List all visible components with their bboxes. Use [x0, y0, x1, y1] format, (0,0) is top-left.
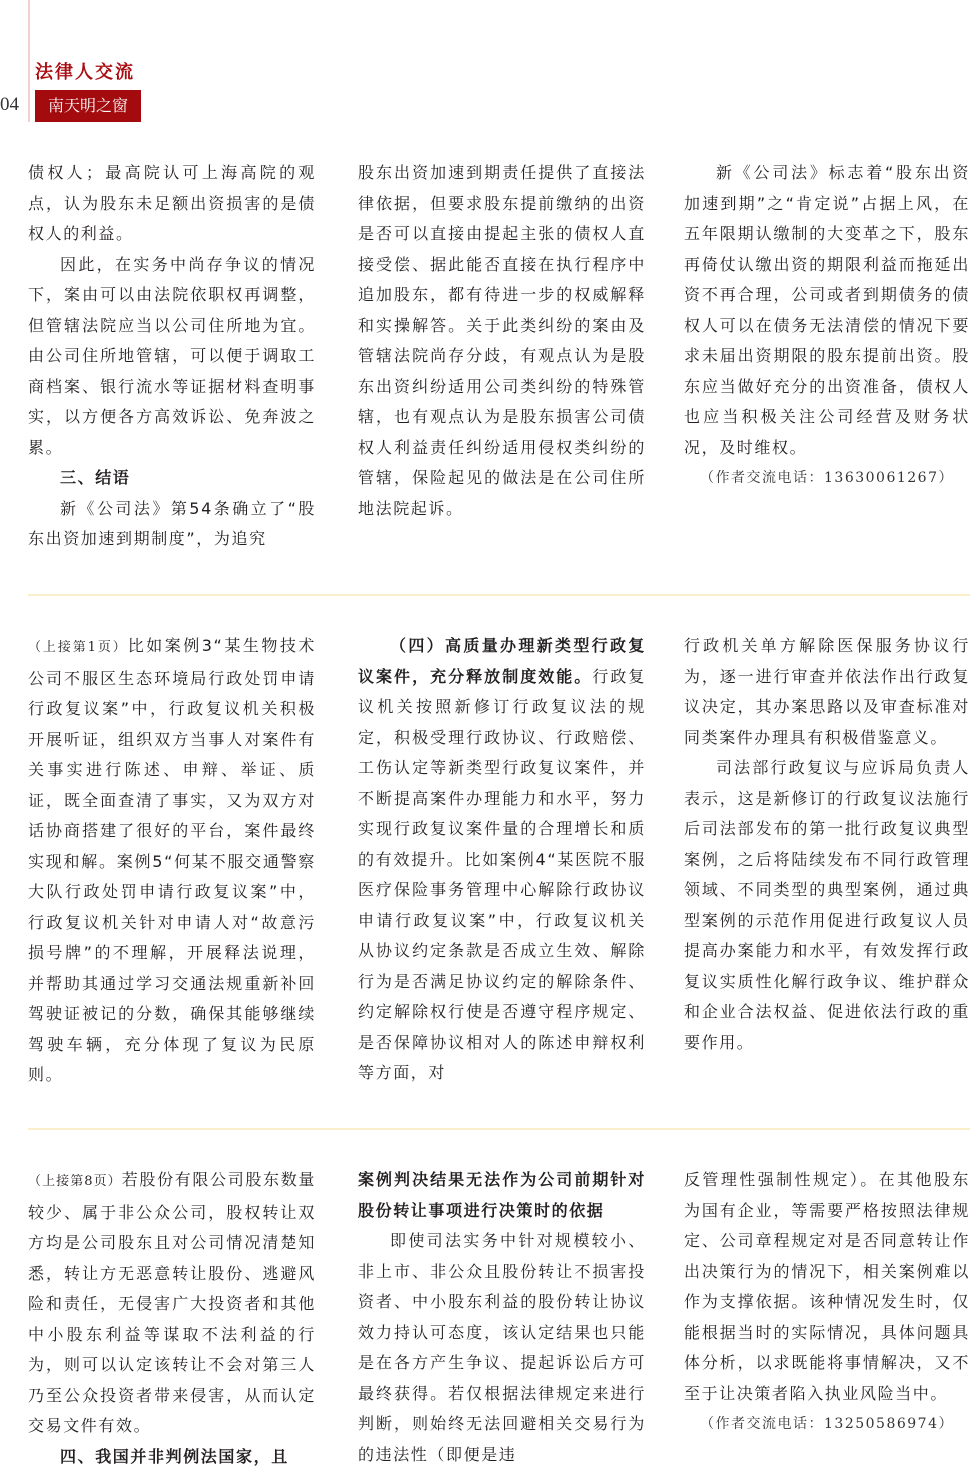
- paragraph: 新《公司法》第54条确立了“股东出资加速到期制度”，为追究: [28, 494, 316, 555]
- article-1-column-2: 股东出资加速到期责任提供了直接法律依据，但要求股东提前缴纳的出资是否可以直接由提…: [358, 158, 646, 524]
- continued-from-note: （上接第1页）: [28, 640, 128, 655]
- header-vertical-rule: [28, 0, 30, 122]
- paragraph: 股东出资加速到期责任提供了直接法律依据，但要求股东提前缴纳的出资是否可以直接由提…: [358, 158, 646, 524]
- author-contact: （作者交流电话：13630061267）: [684, 463, 970, 494]
- article-3-column-3: 反管理性强制性规定）。在其他股东为国有企业，等需要严格按照法律规定、公司章程规定…: [684, 1165, 970, 1440]
- section-heading: 案例判决结果无法作为公司前期针对股份转让事项进行决策时的依据: [358, 1165, 646, 1226]
- author-contact: （作者交流电话：13250586974）: [684, 1409, 970, 1440]
- paragraph: 因此，在实务中尚存争议的情况下，案由可以由法院依职权再调整，但管辖法院应当以公司…: [28, 250, 316, 464]
- article-2-column-3: 行政机关单方解除医保服务协议行为，逐一进行审查并依法作出行政复议决定，其办案思路…: [684, 631, 970, 1058]
- article-2-column-1: （上接第1页）比如案例3“某生物技术公司不服区生态环境局行政处罚申请行政复议案”…: [28, 631, 316, 1091]
- paragraph: （四）高质量办理新类型行政复议案件，充分释放制度效能。行政复议机关按照新修订行政…: [358, 631, 646, 1089]
- section-heading: 四、我国并非判例法国家，且: [28, 1442, 316, 1466]
- page-number: 04: [0, 94, 19, 116]
- column-title: 法律人交流: [35, 58, 135, 84]
- paragraph: 行政机关单方解除医保服务协议行为，逐一进行审查并依法作出行政复议决定，其办案思路…: [684, 631, 970, 753]
- section-heading: 三、结语: [28, 463, 316, 494]
- paragraph: （上接第1页）比如案例3“某生物技术公司不服区生态环境局行政处罚申请行政复议案”…: [28, 631, 316, 1091]
- column-badge: 南天明之窗: [35, 90, 141, 122]
- article-2-column-2: （四）高质量办理新类型行政复议案件，充分释放制度效能。行政复议机关按照新修订行政…: [358, 631, 646, 1089]
- paragraph: 债权人；最高院认可上海高院的观点，认为股东未足额出资损害的是债权人的利益。: [28, 158, 316, 250]
- paragraph: 反管理性强制性规定）。在其他股东为国有企业，等需要严格按照法律规定、公司章程规定…: [684, 1165, 970, 1409]
- section-divider: [28, 594, 970, 596]
- section-divider: [28, 1128, 970, 1130]
- article-1-column-3: 新《公司法》标志着“股东出资加速到期”之“肯定说”占据上风，在五年限期认缴制的大…: [684, 158, 970, 494]
- article-3-column-2: 案例判决结果无法作为公司前期针对股份转让事项进行决策时的依据 即使司法实务中针对…: [358, 1165, 646, 1466]
- paragraph: （上接第8页）若股份有限公司股东数量较少、属于非公众公司，股权转让双方均是公司股…: [28, 1165, 316, 1442]
- continued-from-note: （上接第8页）: [28, 1174, 122, 1189]
- article-3-column-1: （上接第8页）若股份有限公司股东数量较少、属于非公众公司，股权转让双方均是公司股…: [28, 1165, 316, 1466]
- paragraph: 即使司法实务中针对规模较小、非上市、非公众且股份转让不损害投资者、中小股东利益的…: [358, 1226, 646, 1466]
- paragraph: 新《公司法》标志着“股东出资加速到期”之“肯定说”占据上风，在五年限期认缴制的大…: [684, 158, 970, 463]
- article-1-column-1: 债权人；最高院认可上海高院的观点，认为股东未足额出资损害的是债权人的利益。 因此…: [28, 158, 316, 555]
- paragraph: 司法部行政复议与应诉局负责人表示，这是新修订的行政复议法施行后司法部发布的第一批…: [684, 753, 970, 1058]
